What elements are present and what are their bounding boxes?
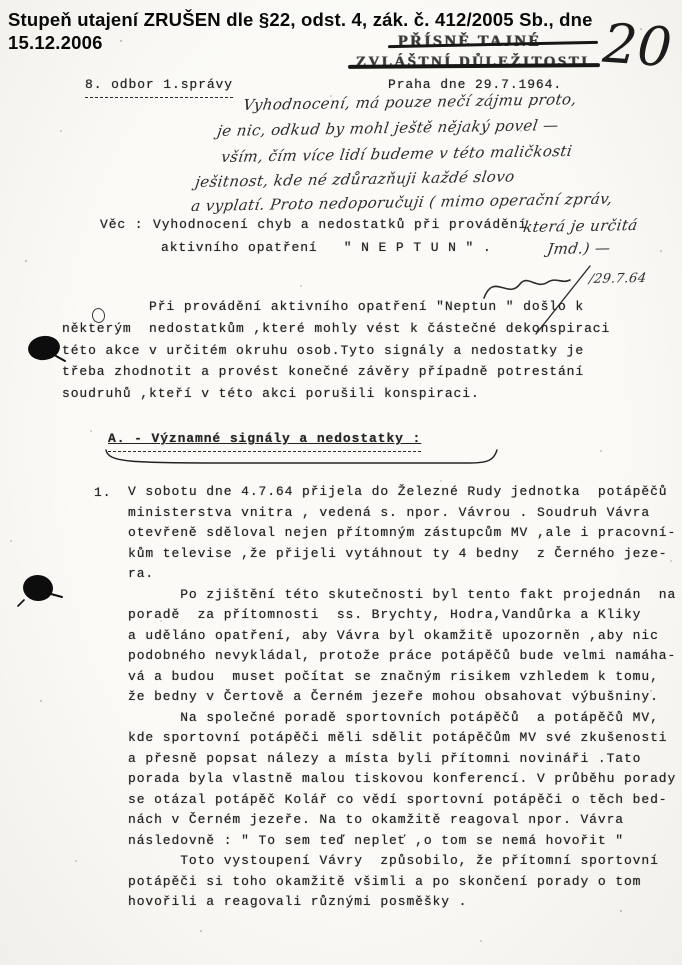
- handwriting-line: Jmd.) —: [546, 239, 612, 258]
- declassification-note: Stupeň utajení ZRUŠEN dle §22, odst. 4, …: [8, 8, 676, 54]
- handwriting-line: která je určitá: [522, 216, 639, 236]
- signature-date: /29.7.64: [588, 271, 647, 287]
- hand-drawn-bracket: [100, 448, 500, 468]
- punch-hole-mark: [20, 330, 70, 370]
- handwriting-line: ješitnost, kde né zdůrazňuji každé slovo: [194, 167, 516, 191]
- paragraph: Po zjištění této skutečnosti byl tento f…: [128, 585, 682, 708]
- list-item-number: 1.: [94, 482, 111, 503]
- scan-noise: [0, 0, 2, 2]
- handwriting-line: Vyhodnocení, má pouze nečí zájmu proto,: [242, 90, 578, 114]
- punch-hole-mark: [14, 568, 70, 612]
- department-label: 8. odbor 1.správy: [85, 74, 233, 98]
- subject-line2: aktivního opatření " N E P T U N " .: [161, 237, 492, 258]
- paragraph: Toto vystoupení Vávry způsobilo, že přít…: [128, 851, 682, 913]
- paragraph: V sobotu dne 4.7.64 přijela do Železné R…: [128, 482, 682, 585]
- paragraph: Na společné poradě sportovních potápěčů …: [128, 708, 682, 852]
- scanned-document-page: Stupeň utajení ZRUŠEN dle §22, odst. 4, …: [0, 0, 682, 965]
- handwriting-line: je nic, odkud by mohl ještě nějaký povel…: [216, 116, 560, 140]
- handwriting-line: vším, čím více lidí budeme v této maličk…: [220, 142, 573, 166]
- subject-line1: Vyhodnocení chyb a nedostatků při provád…: [153, 214, 527, 235]
- subject-label: Věc :: [100, 214, 144, 235]
- intro-paragraph: Při provádění aktivního opatření "Neptun…: [62, 296, 672, 405]
- handwritten-page-number: 20: [601, 12, 674, 80]
- handwriting-line: a vyplatí. Proto nedoporučuji ( mimo ope…: [190, 190, 614, 215]
